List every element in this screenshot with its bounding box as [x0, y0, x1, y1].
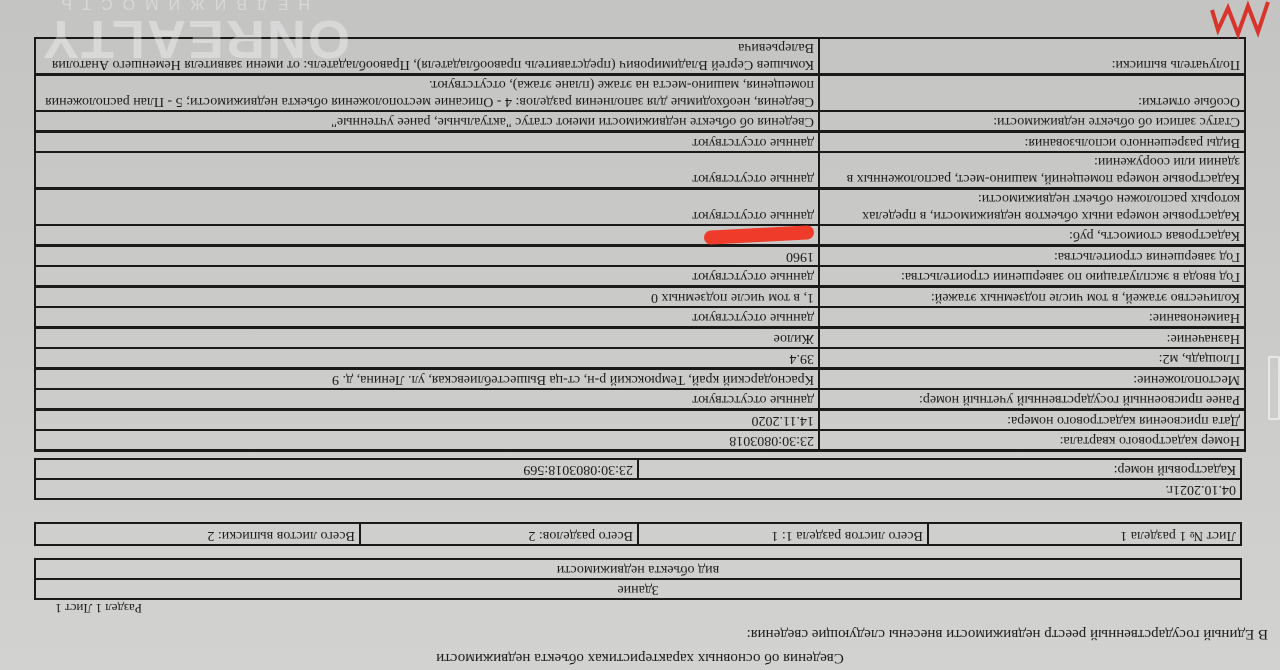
row-label: Кадастровые номера помещений, машино-мес…: [819, 152, 1245, 189]
row-label: Площадь, м2:: [819, 348, 1245, 369]
row-value: 1960: [35, 246, 819, 267]
row-value: 39.4: [35, 348, 819, 369]
rotated-document-photo: Сведения об основных характеристиках объ…: [0, 0, 1280, 670]
sheet-number: Лист № 1 раздела 1: [928, 523, 1241, 545]
row-label: Кадастровые номера иных объектов недвижи…: [819, 189, 1245, 226]
row-value: 1, в том числе подземных 0: [35, 287, 819, 308]
row-value: Жилое: [35, 328, 819, 349]
section-sheets-total: Всего листов раздела 1: 1: [638, 523, 928, 545]
row-value: Комышев Сергей Владимирович (представите…: [35, 38, 819, 75]
table-row: Дата присвоения кадастрового номера:14.1…: [35, 410, 1245, 431]
watermark-subtitle: НЕДВИЖИМОСТЬ: [51, 0, 310, 12]
table-row: Статус записи об объекте недвижимости:Св…: [35, 111, 1245, 132]
row-label: Номер кадастрового квартала:: [819, 430, 1245, 451]
row-label: Год завершения строительства:: [819, 246, 1245, 267]
row-label: Статус записи об объекте недвижимости:: [819, 111, 1245, 132]
row-value: данные отсутствуют: [35, 307, 819, 328]
row-label: Год ввода в эксплуатацию по завершении с…: [819, 266, 1245, 287]
cadastral-number-value: 23:30:0803018:569: [35, 459, 638, 479]
table-row: Местоположение:Краснодарский край, Темрю…: [35, 369, 1245, 390]
object-kind-table: Здание вид объекта недвижимости: [34, 558, 1242, 600]
row-value: Сведения, необходимые для заполнения раз…: [35, 75, 819, 112]
row-value: данные отсутствуют: [35, 266, 819, 287]
row-label: Наименование:: [819, 307, 1245, 328]
cadastral-number-table: 04.10.2021г. Кадастровый номер: 23:30:08…: [34, 458, 1242, 500]
table-row: Кадастровая стоимость, руб:: [35, 225, 1245, 246]
table-row: Особые отметки:Сведения, необходимые для…: [35, 75, 1245, 112]
extract-date: 04.10.2021г.: [35, 479, 1241, 499]
row-value: данные отсутствуют: [35, 132, 819, 153]
row-value: данные отсутствуют: [35, 389, 819, 410]
table-row: Получатель выписки:Комышев Сергей Владим…: [35, 38, 1245, 75]
row-label: Количество этажей, в том числе подземных…: [819, 287, 1245, 308]
row-value: 23:30:0803018: [35, 430, 819, 451]
section-label: Раздел 1 Лист 1: [55, 600, 142, 616]
row-label: Местоположение:: [819, 369, 1245, 390]
row-value: Краснодарский край, Темрюкский р-н, ст-ц…: [35, 369, 819, 390]
row-value: данные отсутствуют: [35, 152, 819, 189]
characteristics-table: Номер кадастрового квартала:23:30:080301…: [34, 37, 1246, 452]
document-intro: В Единый государственный реестр недвижим…: [68, 625, 1268, 642]
sections-total: Всего разделов: 2: [360, 523, 638, 545]
red-zigzag-logo-icon: [1210, 0, 1270, 40]
table-row: Площадь, м2:39.4: [35, 348, 1245, 369]
binder-clip-icon: [1268, 356, 1280, 420]
row-label: Назначение:: [819, 328, 1245, 349]
table-row: Год завершения строительства:1960: [35, 246, 1245, 267]
table-row: Ранее присвоенный государственный учетны…: [35, 389, 1245, 410]
row-label: Виды разрешенного использования:: [819, 132, 1245, 153]
row-label: Ранее присвоенный государственный учетны…: [819, 389, 1245, 410]
row-value: 14.11.2020: [35, 410, 819, 431]
sheets-info-table: Лист № 1 раздела 1 Всего листов раздела …: [34, 522, 1242, 546]
table-row: Наименование:данные отсутствуют: [35, 307, 1245, 328]
table-row: Номер кадастрового квартала:23:30:080301…: [35, 430, 1245, 451]
row-value: Сведения об объекте недвижимости имеют с…: [35, 111, 819, 132]
table-row: Год ввода в эксплуатацию по завершении с…: [35, 266, 1245, 287]
table-row: Кадастровые номера иных объектов недвижи…: [35, 189, 1245, 226]
row-label: Кадастровая стоимость, руб:: [819, 225, 1245, 246]
row-label: Получатель выписки:: [819, 38, 1245, 75]
table-row: Кадастровые номера помещений, машино-мес…: [35, 152, 1245, 189]
row-value: [35, 225, 819, 246]
row-value: данные отсутствуют: [35, 189, 819, 226]
object-kind-caption: вид объекта недвижимости: [35, 559, 1241, 579]
row-label: Особые отметки:: [819, 75, 1245, 112]
extract-sheets-total: Всего листов выписки: 2: [35, 523, 360, 545]
document-title: Сведения об основных характеристиках объ…: [40, 649, 1240, 666]
table-row: Количество этажей, в том числе подземных…: [35, 287, 1245, 308]
table-row: Виды разрешенного использования:данные о…: [35, 132, 1245, 153]
redaction-mark: [704, 225, 815, 245]
row-label: Дата присвоения кадастрового номера:: [819, 410, 1245, 431]
object-kind-value: Здание: [35, 579, 1241, 599]
table-row: Назначение:Жилое: [35, 328, 1245, 349]
cadastral-number-label: Кадастровый номер:: [638, 459, 1241, 479]
